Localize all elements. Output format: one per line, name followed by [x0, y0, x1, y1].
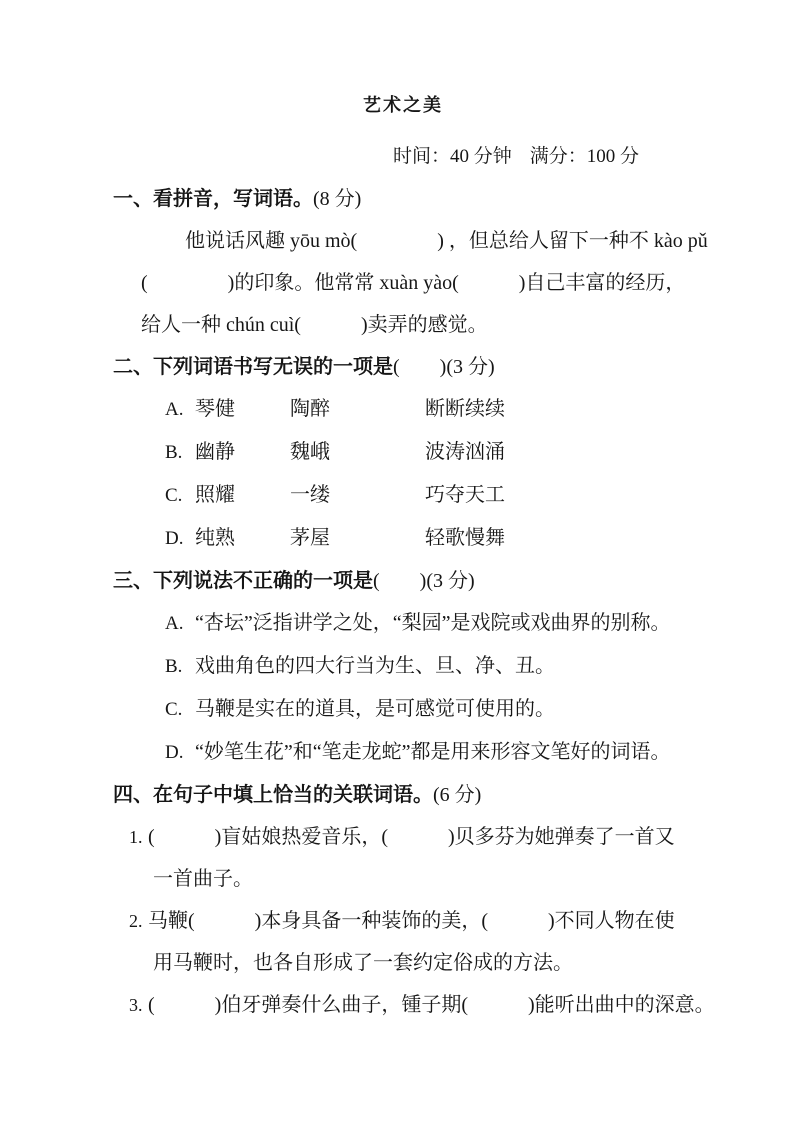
statement-text: “杏坛”泛指讲学之处，“梨园”是戏院或戏曲界的别称。 — [195, 612, 671, 634]
item-text: ( )伯牙弹奏什么曲子，锺子期( )能听出曲中的深意。 — [148, 994, 715, 1016]
option-label: D. — [165, 518, 195, 560]
section4-heading: 四、在句子中填上恰当的关联词语。(6 分) — [113, 774, 753, 816]
test-paper-page: 艺术之美 时间：40 分钟满分：100 分 一、看拼音，写词语。(8 分) 他说… — [0, 0, 793, 1122]
section3-heading-text: 三、下列说法不正确的一项是 — [113, 570, 373, 592]
item-number: 2. — [129, 900, 148, 942]
option-row-c: C.照耀一缕巧夺天工 — [165, 474, 753, 517]
option-label: A. — [165, 603, 195, 645]
section4-points: (6 分) — [433, 784, 481, 806]
statement-row-c: C.马鞭是实在的道具，是可感觉可使用的。 — [165, 688, 753, 731]
option-row-a: A.琴健陶醉断断续续 — [165, 388, 753, 431]
option-word-1: 纯熟 — [195, 517, 290, 559]
item-text: ( )盲姑娘热爱音乐，( )贝多芬为她弹奏了一首又 — [148, 826, 675, 848]
option-label: B. — [165, 432, 195, 474]
option-word-3: 断断续续 — [425, 398, 505, 420]
option-word-1: 琴健 — [195, 388, 290, 430]
section1-heading: 一、看拼音，写词语。(8 分) — [113, 178, 753, 220]
statement-text: 马鞭是实在的道具，是可感觉可使用的。 — [195, 698, 555, 720]
option-word-2: 一缕 — [290, 474, 425, 516]
option-label: A. — [165, 389, 195, 431]
option-word-2: 茅屋 — [290, 517, 425, 559]
statement-row-d: D.“妙笔生花”和“笔走龙蛇”都是用来形容文笔好的词语。 — [165, 731, 753, 774]
paper-title: 艺术之美 — [113, 94, 693, 116]
statement-row-a: A.“杏坛”泛指讲学之处，“梨园”是戏院或戏曲界的别称。 — [165, 602, 753, 645]
option-row-d: D.纯熟茅屋轻歌慢舞 — [165, 517, 753, 560]
section1-line-2: ( )的印象。他常常 xuàn yào( )自己丰富的经历， — [141, 262, 753, 304]
section1-line-3: 给人一种 chún cuì( )卖弄的感觉。 — [141, 304, 753, 346]
item-number: 1. — [129, 816, 148, 858]
section2-heading-text: 二、下列词语书写无误的一项是 — [113, 356, 393, 378]
option-row-b: B.幽静魏峨波涛汹涌 — [165, 431, 753, 474]
section1-points: (8 分) — [313, 188, 361, 210]
statement-text: 戏曲角色的四大行当为生、旦、净、丑。 — [195, 655, 555, 677]
item-number: 3. — [129, 984, 148, 1026]
time-limit-label: 时间：40 分钟 — [393, 146, 512, 167]
section1-line-1: 他说话风趣 yōu mò( ) ，但总给人留下一种不 kào pǔ — [185, 220, 753, 262]
option-word-3: 波涛汹涌 — [425, 441, 505, 463]
option-label: C. — [165, 475, 195, 517]
statement-row-b: B.戏曲角色的四大行当为生、旦、净、丑。 — [165, 645, 753, 688]
item-2-line-1: 2.马鞭( )本身具备一种装饰的美，( )不同人物在使 — [129, 900, 753, 942]
section4-heading-text: 四、在句子中填上恰当的关联词语。 — [113, 784, 433, 806]
option-word-2: 魏峨 — [290, 431, 425, 473]
full-score-label: 满分：100 分 — [530, 146, 639, 167]
option-word-1: 照耀 — [195, 474, 290, 516]
option-word-3: 巧夺天工 — [425, 484, 505, 506]
item-2-line-2: 用马鞭时，也各自形成了一套约定俗成的方法。 — [153, 942, 753, 984]
item-3-line-1: 3.( )伯牙弹奏什么曲子，锺子期( )能听出曲中的深意。 — [129, 984, 753, 1026]
option-word-2: 陶醉 — [290, 388, 425, 430]
section2-points: ( )(3 分) — [393, 356, 495, 378]
option-label: D. — [165, 732, 195, 774]
option-label: B. — [165, 646, 195, 688]
paper-body: 一、看拼音，写词语。(8 分) 他说话风趣 yōu mò( ) ，但总给人留下一… — [113, 178, 753, 1026]
section1-heading-text: 一、看拼音，写词语。 — [113, 188, 313, 210]
statement-text: “妙笔生花”和“笔走龙蛇”都是用来形容文笔好的词语。 — [195, 741, 671, 763]
item-1-line-1: 1.( )盲姑娘热爱音乐，( )贝多芬为她弹奏了一首又 — [129, 816, 753, 858]
item-text: 马鞭( )本身具备一种装饰的美，( )不同人物在使 — [148, 910, 675, 932]
section3-heading: 三、下列说法不正确的一项是( )(3 分) — [113, 560, 753, 602]
item-1-line-2: 一首曲子。 — [153, 858, 753, 900]
option-word-3: 轻歌慢舞 — [425, 527, 505, 549]
option-label: C. — [165, 689, 195, 731]
option-word-1: 幽静 — [195, 431, 290, 473]
section2-heading: 二、下列词语书写无误的一项是( )(3 分) — [113, 346, 753, 388]
paper-meta: 时间：40 分钟满分：100 分 — [393, 145, 753, 169]
section3-points: ( )(3 分) — [373, 570, 475, 592]
